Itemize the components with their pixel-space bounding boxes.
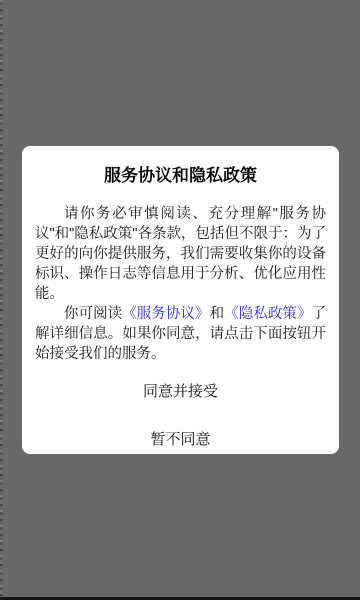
paragraph-terms-notice: 请你务必审慎阅读、充分理解"服务协议"和"隐私政策"各条款，包括但不限于：为了更…: [35, 204, 326, 304]
dimmed-screen-overlay: 服务协议和隐私政策 请你务必审慎阅读、充分理解"服务协议"和"隐私政策"各条款，…: [0, 0, 360, 600]
privacy-policy-link[interactable]: 《隐私政策》: [224, 306, 311, 322]
service-agreement-link[interactable]: 《服务协议》: [122, 306, 209, 322]
paragraph-links: 你可阅读《服务协议》和《隐私政策》了解详细信息。如果你同意，请点击下面按钮开始接…: [35, 304, 326, 364]
privacy-policy-dialog: 服务协议和隐私政策 请你务必审慎阅读、充分理解"服务协议"和"隐私政策"各条款，…: [22, 146, 339, 454]
disagree-button[interactable]: 暂不同意: [22, 430, 339, 450]
agree-accept-button[interactable]: 同意并接受: [22, 382, 339, 402]
paragraph-text: 和: [210, 306, 225, 322]
dialog-body: 请你务必审慎阅读、充分理解"服务协议"和"隐私政策"各条款，包括但不限于：为了更…: [22, 204, 339, 364]
paragraph-text: 请你务必审慎阅读、充分理解"服务协议"和"隐私政策"各条款，包括但不限于：为了更…: [35, 206, 326, 302]
paragraph-text: 你可阅读: [64, 306, 122, 322]
dialog-title: 服务协议和隐私政策: [22, 166, 339, 186]
left-edge-artifact: [0, 0, 3, 600]
